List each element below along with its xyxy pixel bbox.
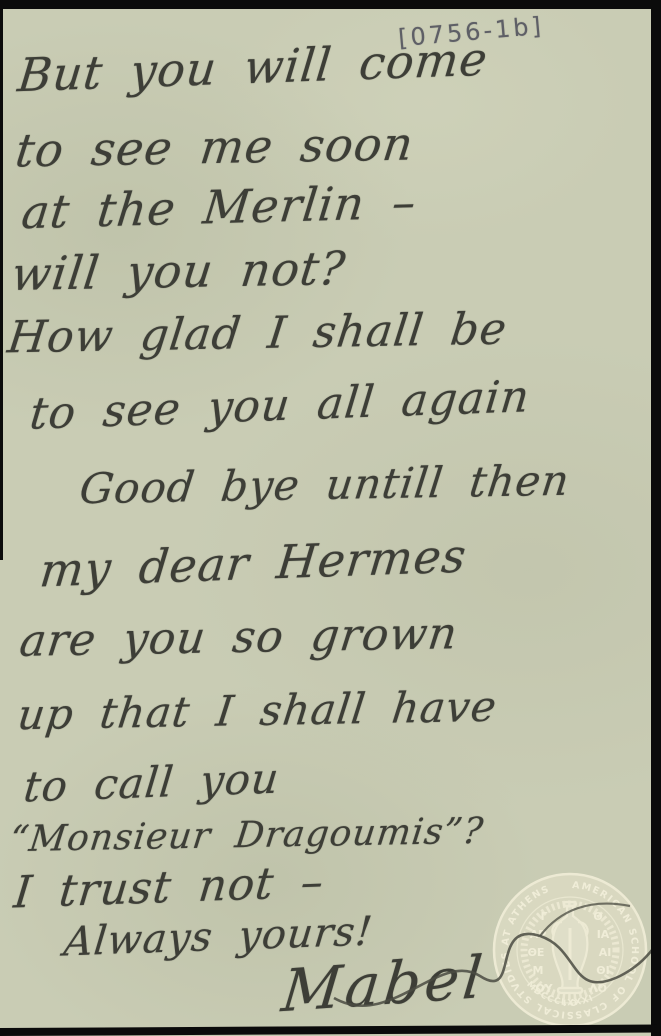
seal-graphic: AMERICAN SCHOOL OF CLASSICAL STVDIES AT … bbox=[488, 864, 652, 1034]
seal-greek-glyph: ΟΥ bbox=[535, 982, 553, 995]
letter-line: up that I shall have bbox=[15, 682, 500, 739]
letter-line: How glad I shall be bbox=[5, 304, 510, 364]
seal-greek-glyph: Ι Ο bbox=[563, 999, 577, 1009]
letter-line: at the Merlin – bbox=[19, 175, 420, 240]
signature: Mabel bbox=[279, 943, 490, 1026]
seal-greek-glyph: ΘΙ bbox=[596, 964, 609, 977]
scanned-letter-page: [0756-1b] But you will come to see me so… bbox=[0, 0, 661, 1036]
seal-greek-glyph: ΘΕ bbox=[528, 946, 545, 959]
scan-edge-right bbox=[651, 0, 661, 1036]
letter-line: to call you bbox=[21, 753, 281, 811]
seal-greek-glyph: Μ bbox=[533, 964, 544, 977]
letter-line: I trust not – bbox=[11, 856, 326, 918]
embossed-seal: AMERICAN SCHOOL OF CLASSICAL STVDIES AT … bbox=[488, 864, 652, 1034]
seal-greek-glyph: ΑΙ bbox=[599, 946, 612, 959]
letter-line: to see you all again bbox=[27, 371, 532, 440]
seal-greek-glyph: ΙΑ bbox=[597, 928, 610, 941]
seal-greek-glyph: Γ bbox=[540, 910, 547, 923]
scan-edge-top bbox=[0, 0, 661, 9]
letter-line: But you will come bbox=[15, 32, 490, 103]
letter-line: my dear Hermes bbox=[37, 528, 469, 597]
letter-line: to see me soon bbox=[13, 116, 417, 177]
letter-line: are you so grown bbox=[17, 608, 461, 667]
scan-edge-bottom bbox=[0, 1025, 661, 1036]
scan-edge-left bbox=[0, 0, 3, 560]
letter-line: Good bye untill then bbox=[77, 456, 573, 514]
seal-greek-glyph: ΑΡ bbox=[530, 928, 547, 941]
letter-line: “Monsieur Dragoumis”? bbox=[8, 811, 487, 860]
seal-greek-glyph: Θ bbox=[593, 910, 602, 923]
letter-line: will you not? bbox=[9, 241, 349, 301]
seal-greek-glyph: ΛΟ bbox=[589, 982, 607, 995]
